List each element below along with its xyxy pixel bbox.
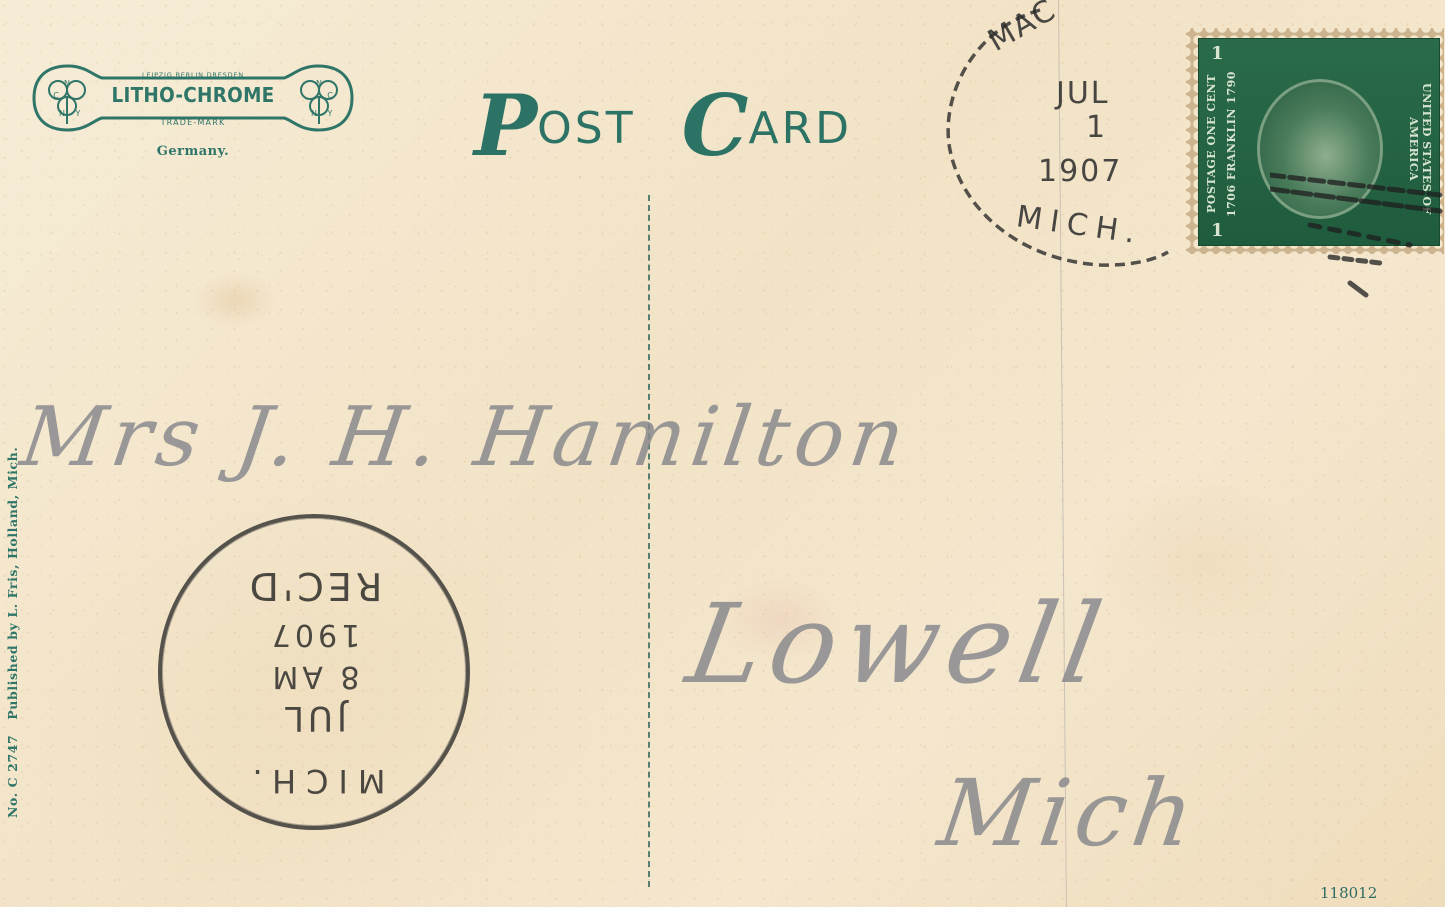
publisher-imprint: No. C 2747 Published by L. Fris, Holland…	[5, 437, 20, 818]
received-postmark: REC'D 1907 8 AM JUL MICH.	[158, 514, 470, 830]
recv-time: 8 AM	[158, 659, 470, 694]
recv-month: JUL	[158, 698, 470, 738]
recv-year: 1907	[158, 617, 470, 652]
recipient-city: Lowell	[679, 580, 1118, 708]
post-card-heading: P OST C ARD	[474, 72, 852, 156]
postmark-year: 1907	[1038, 154, 1122, 189]
postmark-month: JUL	[1056, 76, 1110, 111]
heading-initial-p: P	[474, 84, 537, 168]
stamp-denomination-top: 1	[1211, 43, 1224, 64]
stamp-portrait-caption: 1706 FRANKLIN 1790	[1225, 69, 1238, 219]
postmark-day: 1	[1086, 110, 1107, 145]
svg-text:Y: Y	[327, 109, 333, 118]
heading-word2: ARD	[748, 107, 852, 151]
recipient-state: Mich	[932, 760, 1205, 867]
heading-initial-c: C	[682, 84, 749, 168]
stamp-country: UNITED STATES OF AMERICA	[1407, 69, 1433, 229]
litho-chrome-logo: NCNY NCNY LEIPZIG BERLIN DRESDEN LITHO-C…	[32, 62, 354, 134]
message-address-divider	[648, 195, 650, 887]
recipient-name: Mrs J. H. Hamilton	[15, 390, 916, 485]
franklin-portrait-icon	[1257, 79, 1383, 219]
svg-text:Y: Y	[75, 109, 81, 118]
logo-country: Germany.	[32, 144, 354, 159]
svg-text:N: N	[59, 109, 65, 118]
stamp-label: POSTAGE ONE CENT	[1205, 69, 1218, 219]
logo-brand: LITHO-CHROME	[45, 83, 341, 107]
logo-cities: LEIPZIG BERLIN DRESDEN	[32, 71, 354, 79]
svg-text:N: N	[311, 109, 317, 118]
recv-state: MICH.	[158, 762, 470, 800]
imprint-number: No. C 2747	[5, 735, 20, 818]
origin-postmark: MAC JUL 1 1907 MICH.	[940, 0, 1180, 270]
recv-type: REC'D	[158, 564, 470, 608]
heading-word1: OST	[537, 107, 635, 151]
logo-trademark: TRADE-MARK	[32, 118, 354, 127]
postage-stamp: 1 1 POSTAGE ONE CENT 1706 FRANKLIN 1790 …	[1198, 38, 1440, 246]
stamp-denomination-bottom: 1	[1211, 220, 1224, 241]
imprint-publisher: Published by L. Fris, Holland, Mich.	[5, 447, 20, 720]
serial-number: 118012	[1320, 884, 1377, 902]
